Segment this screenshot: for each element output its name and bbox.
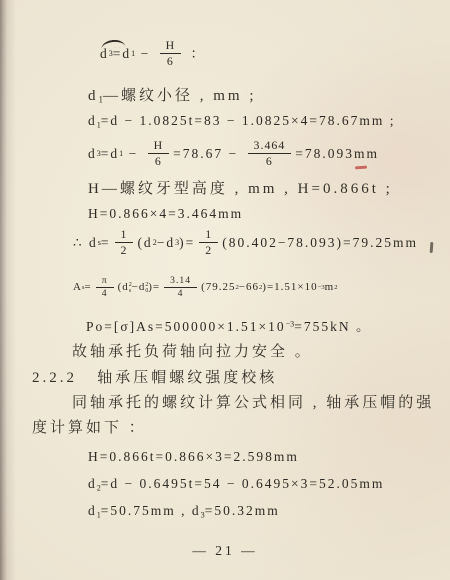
text: =d [101, 146, 119, 162]
formula-h-value: H=0.866×4=3.464mm [88, 206, 243, 222]
fraction-numerator: 3.464 [248, 138, 292, 154]
text: =50.32mm [205, 503, 280, 518]
text: ： [185, 46, 206, 62]
text: =d − 1.0825t=83 − 1.0825×4=78.67mm ; [101, 113, 396, 128]
formula-as-area: As=π4(d2s−d20)=3.144(79.252−662)=1.51×10… [73, 275, 338, 300]
text: =d − 0.6495t=54 − 0.6495×3=52.05mm [101, 476, 385, 491]
conclusion-bearing-support-safe: 故轴承托负荷轴向拉力安全 。 [72, 343, 313, 361]
text: −66 [239, 281, 259, 294]
text: A [73, 281, 82, 294]
section-heading-2-2-2: 2.2.2 轴承压帽螺纹强度校核 [32, 369, 277, 387]
text: m [325, 281, 335, 294]
text: =78.093mm [295, 146, 379, 162]
fraction: 3.4646 [248, 138, 292, 169]
text: (d [118, 281, 129, 294]
formula-po-load: Po=[σ]As=500000×1.51×10−3=755kN 。 [86, 319, 371, 335]
superscript: −3 [318, 284, 325, 292]
formula-h-cap-value: H=0.866t=0.866×3=2.598mm [88, 449, 299, 465]
text: )= [179, 235, 195, 251]
fraction-numerator: 3.14 [164, 275, 197, 288]
fraction-denominator: 6 [260, 154, 279, 169]
paragraph-same-formula-2: 度计算如下 ： [32, 419, 147, 437]
text: − [123, 146, 143, 162]
text: H=0.866t=0.866×3=2.598mm [88, 449, 299, 464]
text: = [85, 281, 92, 294]
formula-d3-value: d3=d1 − H6=78.67 − 3.4646=78.093mm [88, 138, 379, 169]
fraction-denominator: 4 [96, 288, 114, 300]
fraction: 12 [115, 227, 134, 258]
paragraph-same-formula-1: 同轴承托的螺纹计算公式相同 , 轴承压帽的强 [72, 394, 434, 412]
fraction: 3.144 [164, 275, 197, 300]
superscript: 2 [334, 284, 337, 292]
text: (80.402−78.093)=79.25mm [222, 235, 418, 251]
note-d1-minor-diameter: d1—螺纹小径 , mm ; [88, 87, 257, 105]
text: )=1.51×10 [262, 281, 317, 294]
fraction-numerator: 1 [199, 227, 218, 243]
fraction: π4 [96, 275, 114, 300]
fraction-denominator: 2 [115, 243, 134, 258]
fraction-denominator: 6 [149, 154, 168, 169]
text: (79.25 [201, 281, 235, 294]
formula-d1-d3-cap-values: d1=50.75mm , d3=50.32mm [88, 503, 280, 520]
fraction: 12 [199, 227, 218, 258]
text: − [135, 46, 155, 62]
superscript: −3 [286, 320, 295, 329]
text: = [101, 235, 111, 251]
text: —螺纹小径 , mm ; [103, 88, 257, 104]
fraction-denominator: 4 [172, 288, 190, 300]
text: 故轴承托负荷轴向拉力安全 。 [72, 344, 313, 360]
fraction-numerator: π [96, 275, 114, 288]
fraction-numerator: 1 [115, 227, 134, 243]
text: 2.2.2 轴承压帽螺纹强度校核 [32, 370, 277, 386]
text: H—螺纹牙型高度 , mm , H=0.866t ; [88, 181, 393, 197]
fraction-numerator: H [160, 38, 182, 54]
text: H=0.866×4=3.464mm [88, 206, 243, 221]
fraction-numerator: H [148, 138, 170, 154]
fraction: H6 [148, 138, 170, 169]
text: d [88, 113, 97, 128]
red-pen-mark [355, 166, 367, 170]
text: 同轴承托的螺纹计算公式相同 , 轴承压帽的强 [72, 395, 434, 411]
text: Po=[σ]As=500000×1.51×10 [86, 319, 286, 334]
fraction-denominator: 2 [199, 243, 218, 258]
note-h-thread-height: H—螺纹牙型高度 , mm , H=0.866t ; [88, 180, 393, 198]
text: d [88, 88, 99, 104]
text: =d [113, 46, 131, 62]
text: (d [137, 235, 152, 251]
fraction-denominator: 6 [161, 54, 180, 69]
formula-d2-cap-value: d2=d − 0.6495t=54 − 0.6495×3=52.05mm [88, 476, 384, 493]
text: −d [157, 235, 175, 251]
formula-d1-value: d1=d − 1.0825t=83 − 1.0825×4=78.67mm ; [88, 113, 395, 130]
text: d [88, 476, 97, 491]
formula-ds-value: ∴ ds=12(d2−d3)=12(80.402−78.093)=79.25mm [73, 227, 418, 258]
text: =755kN 。 [294, 319, 371, 334]
text: d [88, 503, 97, 518]
stray-ink-mark [430, 242, 433, 253]
text: −d [132, 281, 146, 294]
text: =78.67 − [173, 146, 243, 162]
text: 度计算如下 ： [32, 420, 147, 436]
text: )= [148, 281, 160, 294]
text: d [88, 146, 97, 162]
text: =50.75mm , d [101, 503, 201, 518]
page-number: — 21 — [0, 543, 450, 559]
text: ∴ d [73, 235, 98, 251]
fraction: H6 [160, 38, 182, 69]
scanned-page: d3=d1 − H6 ：d1—螺纹小径 , mm ;d1=d − 1.0825t… [0, 0, 450, 580]
